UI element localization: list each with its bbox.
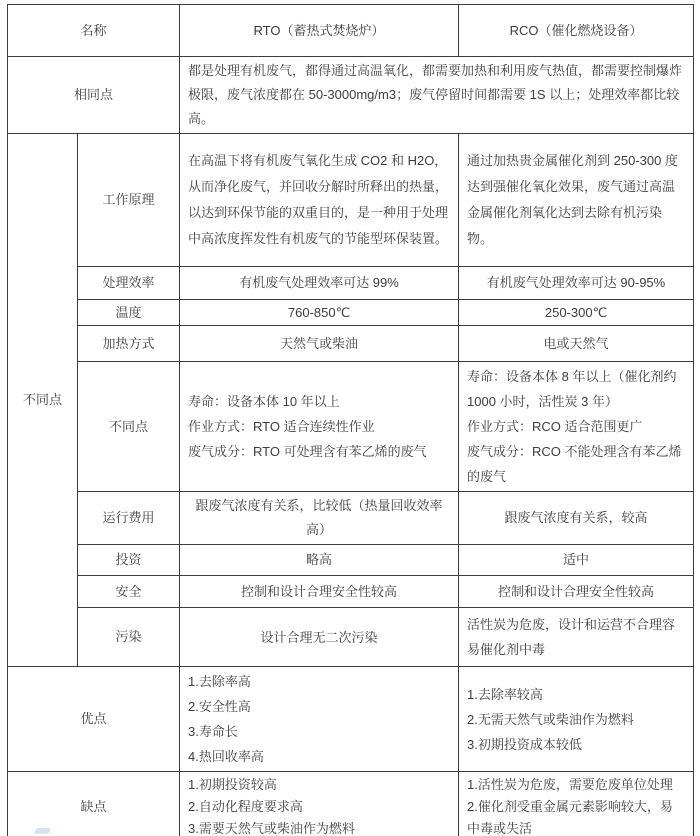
rco-work-principle-cell: 通过加热贵金属催化剂到 250-300 度达到强催化氧化效果，废气通过高温金属催… bbox=[459, 134, 694, 267]
aspect-efficiency-cell: 处理效率 bbox=[78, 267, 180, 300]
list-line: 2.自动化程度要求高 bbox=[188, 796, 450, 818]
list-line: 2.催化剂受重金属元素影响较大，易中毒或失活 bbox=[467, 796, 685, 836]
list-line: 废气成分：RCO 不能处理含有苯乙烯的废气 bbox=[467, 439, 685, 489]
list-line: 2.无需天然气或柴油作为燃料 bbox=[467, 707, 685, 732]
similarities-content-cell: 都是处理有机废气，都得通过高温氧化，都需要加热和利用废气热值，都需要控制爆炸极限… bbox=[180, 57, 694, 134]
rco-advantages-cell: 1.去除率较高 2.无需天然气或柴油作为燃料 3.初期投资成本较低 bbox=[459, 667, 694, 772]
rco-efficiency-cell: 有机废气处理效率可达 90-95% bbox=[459, 267, 694, 300]
aspect-safety-cell: 安全 bbox=[78, 576, 180, 608]
list-line: 1.去除率高 bbox=[188, 669, 450, 694]
rto-rco-comparison-table: 名称 RTO（蓄热式焚烧炉） RCO（催化燃烧设备） 相同点 都是处理有机废气，… bbox=[7, 4, 694, 836]
differences-group-label-cell: 不同点 bbox=[8, 134, 78, 667]
table-row-temperature: 温度 760-850℃ 250-300℃ bbox=[8, 300, 694, 326]
rto-pollution-cell: 设计合理无二次污染 bbox=[180, 608, 459, 667]
list-line: 作业方式：RTO 适合连续性作业 bbox=[188, 414, 450, 439]
rco-pollution-cell: 活性炭为危废，设计和运营不合理容易催化剂中毒 bbox=[459, 608, 694, 667]
aspect-work-principle-cell: 工作原理 bbox=[78, 134, 180, 267]
table-row-other-differences: 不同点 寿命：设备本体 10 年以上 作业方式：RTO 适合连续性作业 废气成分… bbox=[8, 362, 694, 492]
list-line: 1.去除率较高 bbox=[467, 682, 685, 707]
list-line: 4.热回收率高 bbox=[188, 744, 450, 769]
aspect-pollution-cell: 污染 bbox=[78, 608, 180, 667]
aspect-investment-cell: 投资 bbox=[78, 545, 180, 576]
rco-other-differences-cell: 寿命：设备本体 8 年以上（催化剂约 1000 小时，活性炭 3 年） 作业方式… bbox=[459, 362, 694, 492]
rto-temperature-cell: 760-850℃ bbox=[180, 300, 459, 326]
rco-heating-method-cell: 电或天然气 bbox=[459, 326, 694, 362]
rto-work-principle-cell: 在高温下将有机废气氧化生成 CO2 和 H2O，从而净化废气，并回收分解时所释出… bbox=[180, 134, 459, 267]
advantages-label-cell: 优点 bbox=[8, 667, 180, 772]
list-line: 寿命：设备本体 8 年以上（催化剂约 1000 小时，活性炭 3 年） bbox=[467, 364, 685, 414]
rco-temperature-cell: 250-300℃ bbox=[459, 300, 694, 326]
list-line: 3.寿命长 bbox=[188, 719, 450, 744]
rto-heating-method-cell: 天然气或柴油 bbox=[180, 326, 459, 362]
table-row-safety: 安全 控制和设计合理安全性较高 控制和设计合理安全性较高 bbox=[8, 576, 694, 608]
header-rco-cell: RCO（催化燃烧设备） bbox=[459, 5, 694, 57]
table-row-work-principle: 不同点 工作原理 在高温下将有机废气氧化生成 CO2 和 H2O，从而净化废气，… bbox=[8, 134, 694, 267]
list-line: 1.活性炭为危废，需要危废单位处理 bbox=[467, 774, 685, 796]
header-rto-cell: RTO（蓄热式焚烧炉） bbox=[180, 5, 459, 57]
list-line: 作业方式：RCO 适合范围更广 bbox=[467, 414, 685, 439]
table-row-operating-cost: 运行费用 跟废气浓度有关系，比较低（热量回收效率高） 跟废气浓度有关系，较高 bbox=[8, 492, 694, 545]
rco-investment-cell: 适中 bbox=[459, 545, 694, 576]
rco-operating-cost-cell: 跟废气浓度有关系，较高 bbox=[459, 492, 694, 545]
disadvantages-label-cell: 缺点 bbox=[8, 772, 180, 836]
list-line: 废气成分：RTO 可处理含有苯乙烯的废气 bbox=[188, 439, 450, 464]
list-line: 寿命：设备本体 10 年以上 bbox=[188, 389, 450, 414]
table-row-pollution: 污染 设计合理无二次污染 活性炭为危废，设计和运营不合理容易催化剂中毒 bbox=[8, 608, 694, 667]
rco-safety-cell: 控制和设计合理安全性较高 bbox=[459, 576, 694, 608]
table-row-similarities: 相同点 都是处理有机废气，都得通过高温氧化，都需要加热和利用废气热值，都需要控制… bbox=[8, 57, 694, 134]
document-page: 名称 RTO（蓄热式焚烧炉） RCO（催化燃烧设备） 相同点 都是处理有机废气，… bbox=[0, 0, 700, 836]
table-row-efficiency: 处理效率 有机废气处理效率可达 99% 有机废气处理效率可达 90-95% bbox=[8, 267, 694, 300]
table-row-disadvantages: 缺点 1.初期投资较高 2.自动化程度要求高 3.需要天然气或柴油作为燃料 1.… bbox=[8, 772, 694, 836]
rto-safety-cell: 控制和设计合理安全性较高 bbox=[180, 576, 459, 608]
list-line: 3.初期投资成本较低 bbox=[467, 732, 685, 757]
list-line: 1.初期投资较高 bbox=[188, 774, 450, 796]
rco-disadvantages-cell: 1.活性炭为危废，需要危废单位处理 2.催化剂受重金属元素影响较大，易中毒或失活 bbox=[459, 772, 694, 836]
table-row-investment: 投资 略高 适中 bbox=[8, 545, 694, 576]
aspect-operating-cost-cell: 运行费用 bbox=[78, 492, 180, 545]
list-line: 3.需要天然气或柴油作为燃料 bbox=[188, 818, 450, 836]
similarities-label-cell: 相同点 bbox=[8, 57, 180, 134]
rto-other-differences-cell: 寿命：设备本体 10 年以上 作业方式：RTO 适合连续性作业 废气成分：RTO… bbox=[180, 362, 459, 492]
header-name-cell: 名称 bbox=[8, 5, 180, 57]
rto-investment-cell: 略高 bbox=[180, 545, 459, 576]
aspect-temperature-cell: 温度 bbox=[78, 300, 180, 326]
rto-advantages-cell: 1.去除率高 2.安全性高 3.寿命长 4.热回收率高 bbox=[180, 667, 459, 772]
aspect-heating-method-cell: 加热方式 bbox=[78, 326, 180, 362]
rto-efficiency-cell: 有机废气处理效率可达 99% bbox=[180, 267, 459, 300]
table-row-advantages: 优点 1.去除率高 2.安全性高 3.寿命长 4.热回收率高 1.去除率较高 2… bbox=[8, 667, 694, 772]
aspect-other-differences-cell: 不同点 bbox=[78, 362, 180, 492]
rto-disadvantages-cell: 1.初期投资较高 2.自动化程度要求高 3.需要天然气或柴油作为燃料 bbox=[180, 772, 459, 836]
table-row-heating-method: 加热方式 天然气或柴油 电或天然气 bbox=[8, 326, 694, 362]
list-line: 2.安全性高 bbox=[188, 694, 450, 719]
table-row-header: 名称 RTO（蓄热式焚烧炉） RCO（催化燃烧设备） bbox=[8, 5, 694, 57]
rto-operating-cost-cell: 跟废气浓度有关系，比较低（热量回收效率高） bbox=[180, 492, 459, 545]
